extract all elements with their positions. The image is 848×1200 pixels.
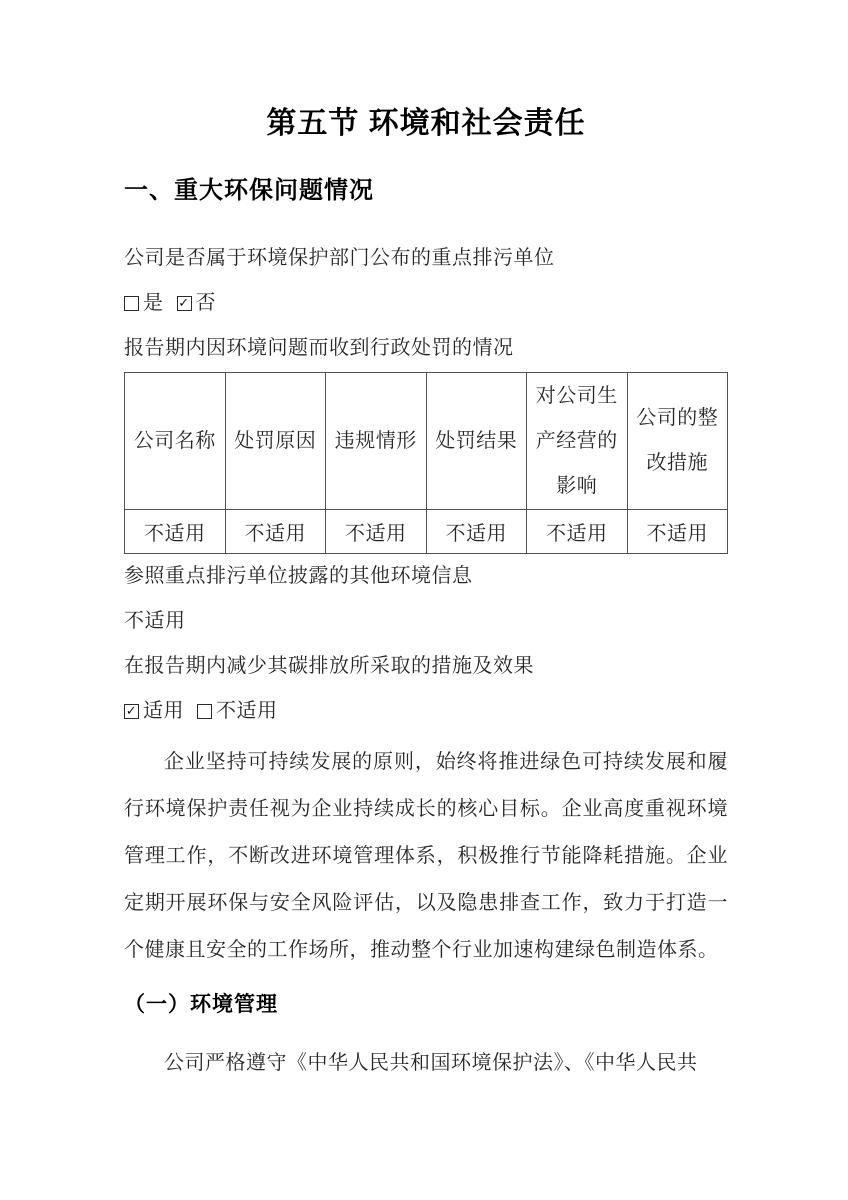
- checkbox-group-pollutant: 是 ✓ 否: [124, 281, 728, 326]
- page-title: 第五节 环境和社会责任: [124, 102, 728, 146]
- checkbox-mark: ✓: [178, 297, 189, 310]
- checkbox-checked-icon: ✓: [177, 296, 192, 311]
- checkbox-option-yes: 是: [124, 281, 164, 326]
- subsection-heading: （一）环境管理: [124, 984, 728, 1026]
- other-env-info-value: 不适用: [124, 599, 728, 644]
- sustainability-paragraph: 企业坚持可持续发展的原则，始终将推进绿色可持续发展和履行环境保护责任视为企业持续…: [124, 739, 728, 974]
- question-admin-penalty: 报告期内因环境问题而收到行政处罚的情况: [124, 326, 728, 371]
- checkbox-label-applicable: 适用: [143, 689, 184, 734]
- table-cell: 不适用: [125, 510, 226, 554]
- checkbox-label-no: 否: [196, 281, 217, 326]
- checkbox-label-yes: 是: [143, 281, 164, 326]
- checkbox-checked-icon: ✓: [124, 704, 139, 719]
- checkbox-group-carbon: ✓ 适用 不适用: [124, 689, 728, 734]
- checkbox-mark: ✓: [126, 705, 137, 718]
- table-header-row: 公司名称 处罚原因 违规情形 处罚结果 对公司生 产经营的 影响 公司的整 改措…: [125, 373, 728, 510]
- checkbox-option-applicable: ✓ 适用: [124, 689, 184, 734]
- question-key-pollutant-unit: 公司是否属于环境保护部门公布的重点排污单位: [124, 236, 728, 281]
- section-heading: 一、重大环保问题情况: [124, 170, 728, 212]
- other-env-info-label: 参照重点排污单位披露的其他环境信息: [124, 554, 728, 599]
- table-cell: 不适用: [426, 510, 527, 554]
- table-header-cell-business-impact: 对公司生 产经营的 影响: [527, 373, 628, 510]
- checkbox-option-not-applicable: 不适用: [197, 689, 278, 734]
- question-carbon-reduction: 在报告期内减少其碳排放所采取的措施及效果: [124, 644, 728, 689]
- checkbox-option-no: ✓ 否: [177, 281, 217, 326]
- table-data-row: 不适用 不适用 不适用 不适用 不适用 不适用: [125, 510, 728, 554]
- table-header-cell-company-name: 公司名称: [125, 373, 226, 510]
- table-header-cell-penalty-result: 处罚结果: [426, 373, 527, 510]
- checkbox-unchecked-icon: [197, 704, 212, 719]
- table-header-cell-rectification: 公司的整 改措施: [627, 373, 728, 510]
- table-cell: 不适用: [627, 510, 728, 554]
- table-header-cell-penalty-reason: 处罚原因: [225, 373, 326, 510]
- table-cell: 不适用: [527, 510, 628, 554]
- table-cell: 不适用: [225, 510, 326, 554]
- checkbox-label-not-applicable: 不适用: [216, 689, 278, 734]
- checkbox-unchecked-icon: [124, 296, 139, 311]
- penalty-table: 公司名称 处罚原因 违规情形 处罚结果 对公司生 产经营的 影响 公司的整 改措…: [124, 372, 728, 554]
- document-page: 第五节 环境和社会责任 一、重大环保问题情况 公司是否属于环境保护部门公布的重点…: [0, 0, 848, 1200]
- table-cell: 不适用: [326, 510, 427, 554]
- env-management-paragraph: 公司严格遵守《中华人民共和国环境保护法》、《中华人民共: [124, 1040, 728, 1086]
- table-header-cell-violation: 违规情形: [326, 373, 427, 510]
